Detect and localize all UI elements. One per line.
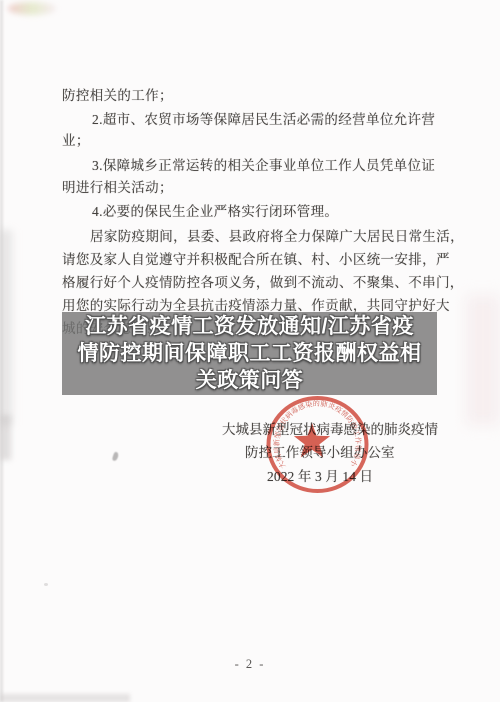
official-seal-stamp: 大城县新型冠状病毒感染的肺炎疫情防控工作领导小组 bbox=[262, 392, 374, 500]
body-line: 防控相关的工作； bbox=[62, 88, 173, 103]
scan-edge-shadow bbox=[0, 0, 3, 702]
body-line: 3.保障城乡正常运转的相关企事业单位工作人员凭单位证 bbox=[92, 158, 435, 173]
scan-speck bbox=[112, 451, 120, 461]
video-caption-overlay: 江苏省疫情工资发放通知/江苏省疫 情防控期间保障职工工资报酬权益相 关政策问答 bbox=[62, 312, 437, 395]
body-line: 明进行相关活动； bbox=[62, 180, 173, 195]
scan-color-smudge bbox=[8, 2, 56, 15]
body-line: 格履行好个人疫情防控各项义务，做到不流动、不聚集、不串门， bbox=[62, 275, 464, 290]
scan-streak bbox=[0, 694, 130, 702]
scan-streak bbox=[0, 415, 11, 460]
caption-line: 关政策问答 bbox=[196, 367, 304, 394]
star-icon bbox=[294, 423, 330, 457]
scan-streak bbox=[1, 230, 16, 425]
page-number: - 2 - bbox=[0, 657, 500, 672]
body-line: 4.必要的保民生企业严格实行闭环管理。 bbox=[92, 204, 338, 219]
body-line: 用您的实际行动为全县抗击疫情添力量、作贡献，共同守护好大 bbox=[62, 298, 450, 313]
body-line: 请您及家人自觉遵守并积极配合所在镇、村、小区统一安排，严 bbox=[62, 252, 450, 267]
scan-speck bbox=[44, 583, 48, 586]
body-line: 2.超市、农贸市场等保障居民生活必需的经营单位允许营 bbox=[92, 112, 435, 127]
body-line: 居家防疫期间，县委、县政府将全力保障广大居民日常生活， bbox=[90, 229, 464, 244]
scanned-document-page: 防控相关的工作； 2.超市、农贸市场等保障居民生活必需的经营单位允许营 业； 3… bbox=[0, 0, 500, 702]
caption-line: 江苏省疫情工资发放通知/江苏省疫 bbox=[85, 313, 414, 340]
body-line: 业； bbox=[62, 133, 90, 148]
caption-line: 情防控期间保障职工工资报酬权益相 bbox=[78, 340, 422, 367]
scan-tint bbox=[466, 295, 500, 425]
